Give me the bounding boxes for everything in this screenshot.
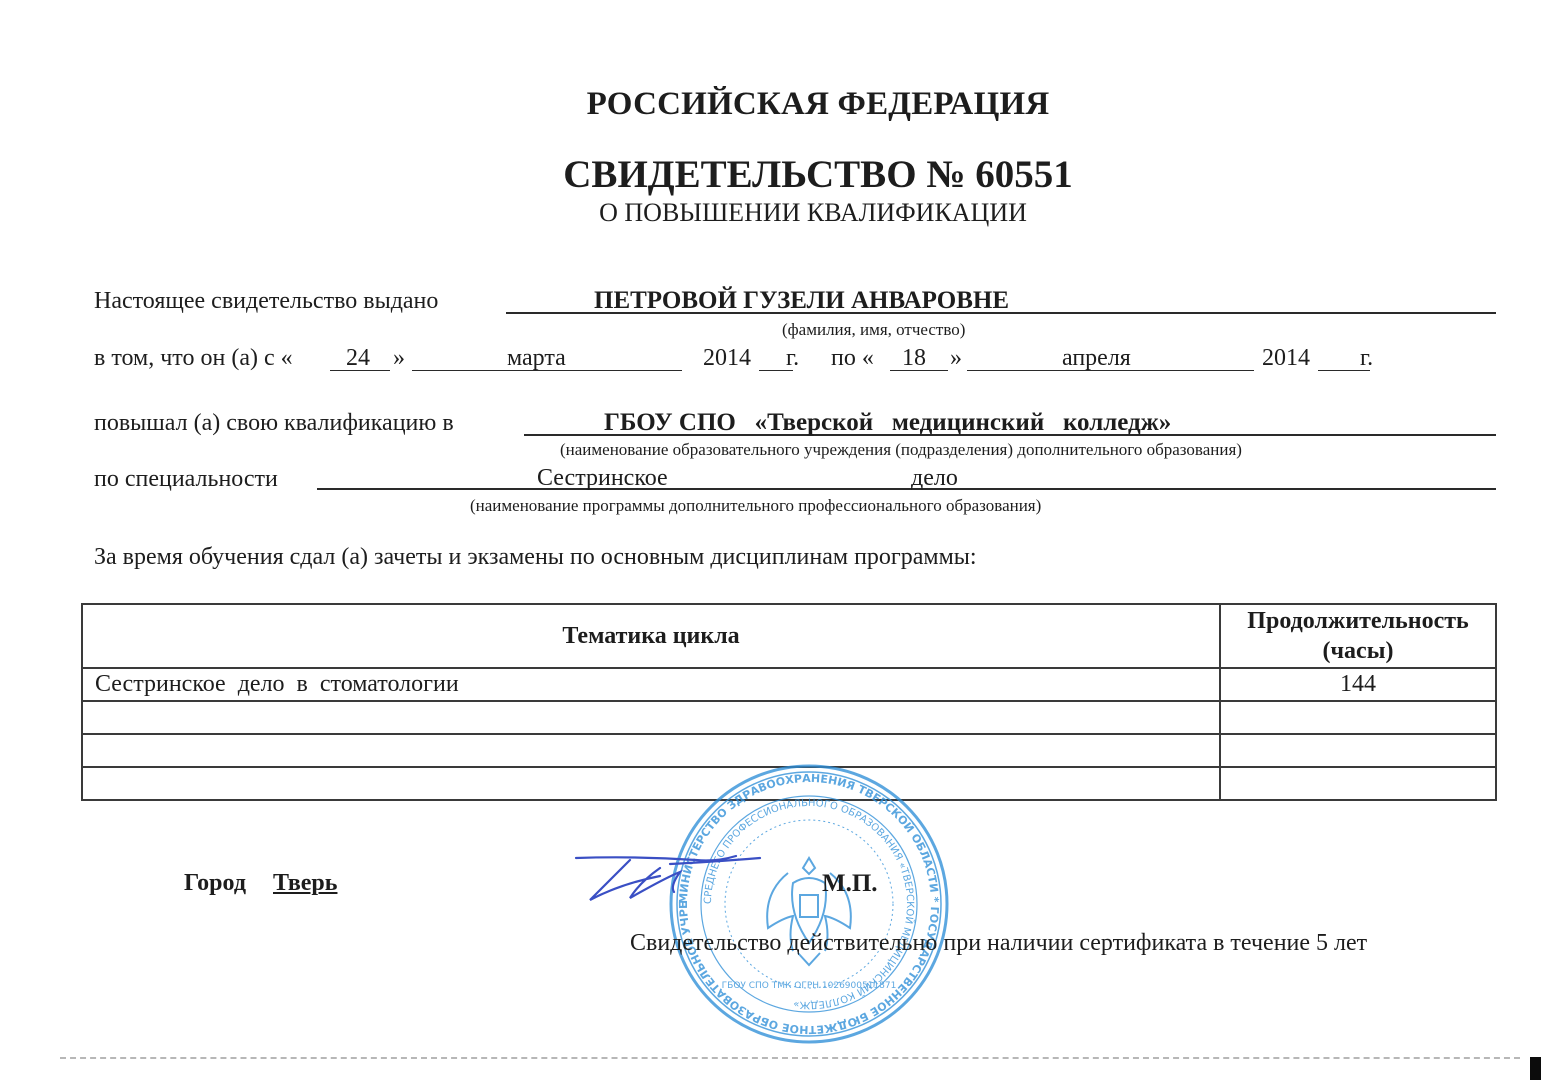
hours-cell: 144 <box>1220 668 1496 701</box>
table-row <box>82 701 1496 734</box>
stamp-center-text: ГБОУ СПО ТМК ОГРН 1026900511871 <box>722 981 897 991</box>
from-day-line <box>330 370 390 371</box>
hours-cell <box>1220 767 1496 800</box>
issued-to-hint: (фамилия, имя, отчество) <box>782 320 965 340</box>
specialty-label: по специальности <box>94 466 278 493</box>
specialty-value-2: дело <box>911 465 958 492</box>
city-name: Тверь <box>273 870 337 897</box>
hours-cell <box>1220 734 1496 767</box>
topic-cell <box>82 734 1220 767</box>
certificate-subtitle: О ПОВЫШЕНИИ КВАЛИФИКАЦИИ <box>0 198 1541 228</box>
table-header-row: Тематика цикла Продолжительность(часы) <box>82 604 1496 668</box>
to-month: апреля <box>1062 345 1131 372</box>
table-row: Сестринское дело в стоматологии 144 <box>82 668 1496 701</box>
to-day-line <box>890 370 948 371</box>
seal-label: М.П. <box>822 870 878 898</box>
topic-cell <box>82 701 1220 734</box>
hours-cell <box>1220 701 1496 734</box>
scan-edge-mark <box>1530 1057 1541 1080</box>
institution-hint: (наименование образовательного учреждени… <box>560 440 1242 460</box>
header-duration: Продолжительность(часы) <box>1220 604 1496 668</box>
issued-to-name: ПЕТРОВОЙ ГУЗЕЛИ АНВАРОВНЕ <box>594 287 1009 315</box>
issued-to-label: Настоящее свидетельство выдано <box>94 288 438 315</box>
scan-edge-line <box>60 1057 1520 1059</box>
from-day-close: » <box>393 345 405 372</box>
institution-name: ГБОУ СПО «Тверской медицинский колледж» <box>604 409 1171 437</box>
city-label: Город <box>184 870 246 897</box>
from-year-suffix: г. <box>786 345 799 372</box>
header-topic: Тематика цикла <box>82 604 1220 668</box>
specialty-line <box>317 488 1496 490</box>
specialty-value-1: Сестринское <box>537 465 668 492</box>
from-year: 2014 <box>703 345 751 372</box>
to-day: 18 <box>902 345 926 372</box>
to-year-suffix: г. <box>1360 345 1373 372</box>
period-prefix: в том, что он (а) с « <box>94 345 293 372</box>
certificate-title: СВИДЕТЕЛЬСТВО № 60551 <box>0 152 1541 197</box>
to-label: по « <box>831 345 874 372</box>
country-heading: РОССИЙСКАЯ ФЕДЕРАЦИЯ <box>0 86 1541 123</box>
validity-note: Свидетельство действительно при наличии … <box>630 930 1367 957</box>
signature-icon <box>570 850 770 910</box>
specialty-hint: (наименование программы дополнительного … <box>470 496 1041 516</box>
from-day: 24 <box>346 345 370 372</box>
exams-intro: За время обучения сдал (а) зачеты и экза… <box>94 544 977 571</box>
to-year: 2014 <box>1262 345 1310 372</box>
to-day-close: » <box>950 345 962 372</box>
topic-cell: Сестринское дело в стоматологии <box>82 668 1220 701</box>
from-month: марта <box>507 345 566 372</box>
institution-label: повышал (а) свою квалификацию в <box>94 410 454 437</box>
topic-cell <box>82 767 1220 800</box>
